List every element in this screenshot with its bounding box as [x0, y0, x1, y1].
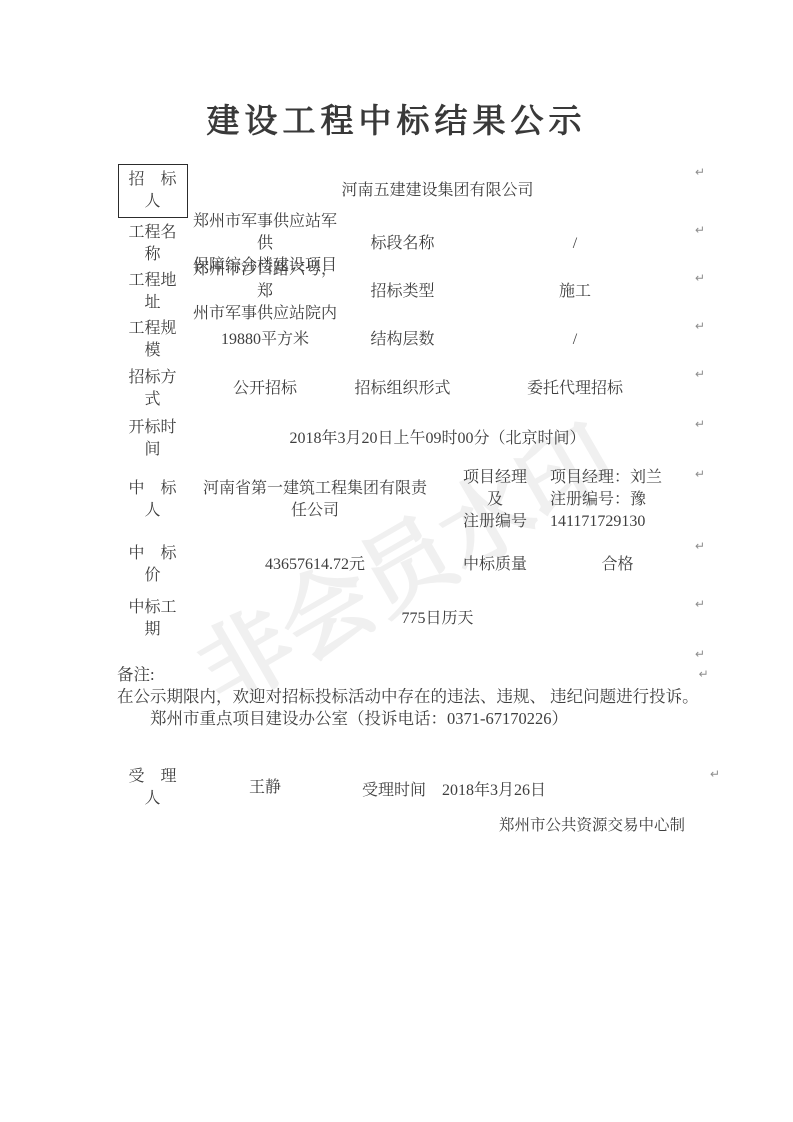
- page-title: 建设工程中标结果公示: [0, 95, 793, 142]
- footer-credit: 郑州市公共资源交易中心制: [115, 816, 693, 836]
- mark-cell: ↵: [685, 364, 705, 414]
- paragraph-mark-icon: ↵: [695, 647, 705, 661]
- paragraph-mark-icon: ↵: [699, 667, 709, 681]
- acceptance-name: 王静: [190, 764, 340, 812]
- mark-cell: ↵: [685, 162, 705, 220]
- table-row-open-time: 开标时 间 2018年3月20日上午09时00分（北京时间） ↵: [115, 414, 720, 464]
- cell-label: [115, 644, 190, 660]
- cell-value: 项目经理：刘兰 注册编号：豫 141171729130: [550, 464, 685, 536]
- cell-value: /: [465, 220, 685, 268]
- bid-result-table: 招 标 人 河南五建建设集团有限公司 ↵ 工程名 称 郑州市军事供应站军供 保障…: [115, 162, 720, 660]
- cell-label: 标段名称: [340, 220, 465, 268]
- remarks-heading: 备注:: [117, 664, 699, 686]
- mark-cell: ↵: [699, 664, 709, 730]
- paragraph-mark-icon: ↵: [695, 165, 705, 179]
- table-row-project-scale: 工程规 模 19880平方米 结构层数 / ↵: [115, 316, 720, 364]
- acceptance-time: 受理时间 2018年3月26日: [340, 764, 700, 812]
- cell-value: 合格: [550, 536, 685, 594]
- remarks-line-2: 郑州市重点项目建设办公室（投诉电话：0371-67170226）: [117, 708, 699, 730]
- mark-cell: ↵: [685, 268, 705, 316]
- paragraph-mark-icon: ↵: [695, 597, 705, 611]
- paragraph-mark-icon: ↵: [695, 417, 705, 431]
- acceptance-label: 受 理 人: [115, 764, 190, 812]
- remarks-text: 备注: 在公示期限内，欢迎对招标投标活动中存在的违法、违规、 违纪问题进行投诉。…: [117, 664, 699, 730]
- table-row-winning-price: 中 标 价 43657614.72元 中标质量 合格 ↵: [115, 536, 720, 594]
- document-page: 建设工程中标结果公示 招 标 人 河南五建建设集团有限公司 ↵ 工程名 称 郑州…: [0, 95, 793, 836]
- cell-label: 工程地 址: [115, 268, 190, 316]
- table-row-duration: 中标工 期 775日历天 ↵: [115, 594, 720, 644]
- cell-value: 河南省第一建筑工程集团有限责 任公司: [190, 464, 440, 536]
- cell-label: 开标时 间: [115, 414, 190, 464]
- cell-value: 施工: [465, 268, 685, 316]
- mark-cell: ↵: [685, 220, 705, 268]
- cell-label: 中标质量: [440, 536, 550, 594]
- mark-cell: ↵: [685, 644, 705, 660]
- acceptance-time-value: 2018年3月26日: [442, 777, 546, 800]
- cell-label: 中标工 期: [115, 594, 190, 644]
- mark-cell: ↵: [700, 764, 720, 812]
- paragraph-mark-icon: ↵: [710, 767, 720, 781]
- paragraph-mark-icon: ↵: [695, 319, 705, 333]
- table-row-bid-method: 招标方 式 公开招标 招标组织形式 委托代理招标 ↵: [115, 364, 720, 414]
- table-row-empty: ↵: [115, 644, 720, 660]
- mark-cell: ↵: [685, 536, 705, 594]
- tenderer-label-box: 招 标 人: [118, 164, 188, 218]
- cell-value: [190, 644, 685, 660]
- cell-label: 招标方 式: [115, 364, 190, 414]
- table-row-project-address: 工程地 址 郑州市沙口路六号，郑 州市军事供应站院内 招标类型 施工 ↵: [115, 268, 720, 316]
- cell-value: 19880平方米: [190, 316, 340, 364]
- paragraph-mark-icon: ↵: [695, 467, 705, 481]
- cell-label: 项目经理 及 注册编号: [440, 464, 550, 536]
- cell-value: 43657614.72元: [190, 536, 440, 594]
- cell-label: 工程名 称: [115, 220, 190, 268]
- cell-value: /: [465, 316, 685, 364]
- cell-label: 招 标 人: [115, 162, 190, 220]
- cell-label: 中 标 价: [115, 536, 190, 594]
- cell-label: 招标组织形式: [340, 364, 465, 414]
- paragraph-mark-icon: ↵: [695, 539, 705, 553]
- paragraph-mark-icon: ↵: [695, 271, 705, 285]
- cell-label: 结构层数: [340, 316, 465, 364]
- remarks-line-1: 在公示期限内，欢迎对招标投标活动中存在的违法、违规、 违纪问题进行投诉。: [117, 686, 699, 708]
- table-row-winner: 中 标 人 河南省第一建筑工程集团有限责 任公司 项目经理 及 注册编号 项目经…: [115, 464, 720, 536]
- cell-value: 郑州市沙口路六号，郑 州市军事供应站院内: [190, 268, 340, 316]
- mark-cell: ↵: [685, 316, 705, 364]
- cell-label: 招标类型: [340, 268, 465, 316]
- paragraph-mark-icon: ↵: [695, 367, 705, 381]
- cell-label: 工程规 模: [115, 316, 190, 364]
- cell-value: 775日历天: [190, 594, 685, 644]
- remarks-block: 备注: 在公示期限内，欢迎对招标投标活动中存在的违法、违规、 违纪问题进行投诉。…: [117, 664, 705, 730]
- cell-label: 中 标 人: [115, 464, 190, 536]
- mark-cell: ↵: [685, 414, 705, 464]
- acceptance-time-label: 受理时间: [362, 777, 426, 800]
- acceptance-row: 受 理 人 王静 受理时间 2018年3月26日 ↵: [115, 764, 720, 812]
- cell-value: 2018年3月20日上午09时00分（北京时间）: [190, 414, 685, 464]
- cell-value: 委托代理招标: [465, 364, 685, 414]
- paragraph-mark-icon: ↵: [695, 223, 705, 237]
- mark-cell: ↵: [685, 594, 705, 644]
- cell-value: 公开招标: [190, 364, 340, 414]
- mark-cell: ↵: [685, 464, 705, 536]
